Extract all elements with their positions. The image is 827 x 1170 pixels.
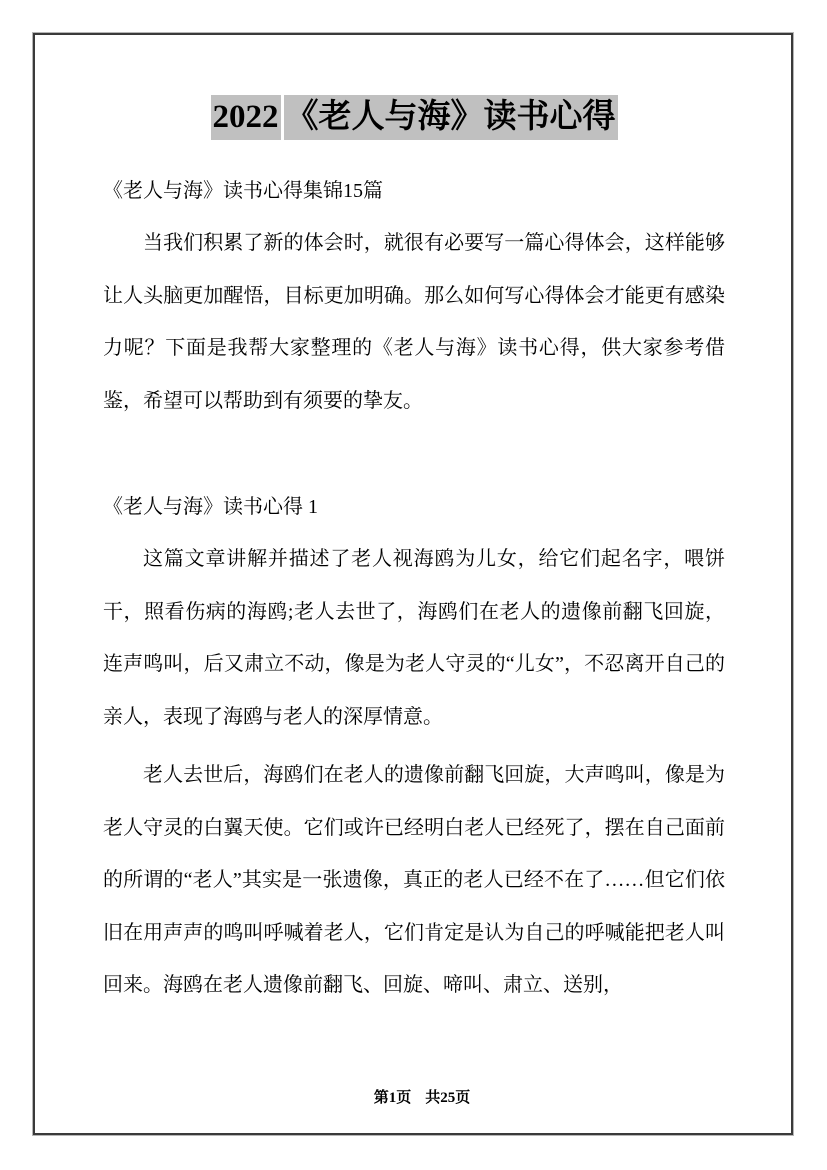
doc-title-text-highlight: 《老人与海》读书心得 xyxy=(284,95,618,140)
section1-paragraph-2: 老人去世后，海鸥们在老人的遗像前翻飞回旋，大声鸣叫，像是为老人守灵的白翼天使。它… xyxy=(103,749,725,1012)
page-footer: 第1页共25页 xyxy=(17,1086,827,1107)
footer-current-page: 第1页 xyxy=(374,1090,412,1106)
page-content: 2022《老人与海》读书心得 《老人与海》读书心得集锦15篇 当我们积累了新的体… xyxy=(35,35,791,1133)
doc-title: 2022《老人与海》读书心得 xyxy=(103,93,725,141)
section-heading-1: 《老人与海》读书心得 1 xyxy=(103,481,725,533)
doc-title-year-highlight: 2022 xyxy=(211,95,281,140)
doc-subtitle: 《老人与海》读书心得集锦15篇 xyxy=(103,165,725,217)
page-border-frame: 2022《老人与海》读书心得 《老人与海》读书心得集锦15篇 当我们积累了新的体… xyxy=(33,33,793,1135)
section1-paragraph-1: 这篇文章讲解并描述了老人视海鸥为儿女，给它们起名字，喂饼干，照看伤病的海鸥;老人… xyxy=(103,533,725,743)
document-page: 2022《老人与海》读书心得 《老人与海》读书心得集锦15篇 当我们积累了新的体… xyxy=(0,0,827,1170)
intro-paragraph: 当我们积累了新的体会时，就很有必要写一篇心得体会，这样能够让人头脑更加醒悟，目标… xyxy=(103,217,725,427)
footer-total-pages: 共25页 xyxy=(425,1090,470,1106)
